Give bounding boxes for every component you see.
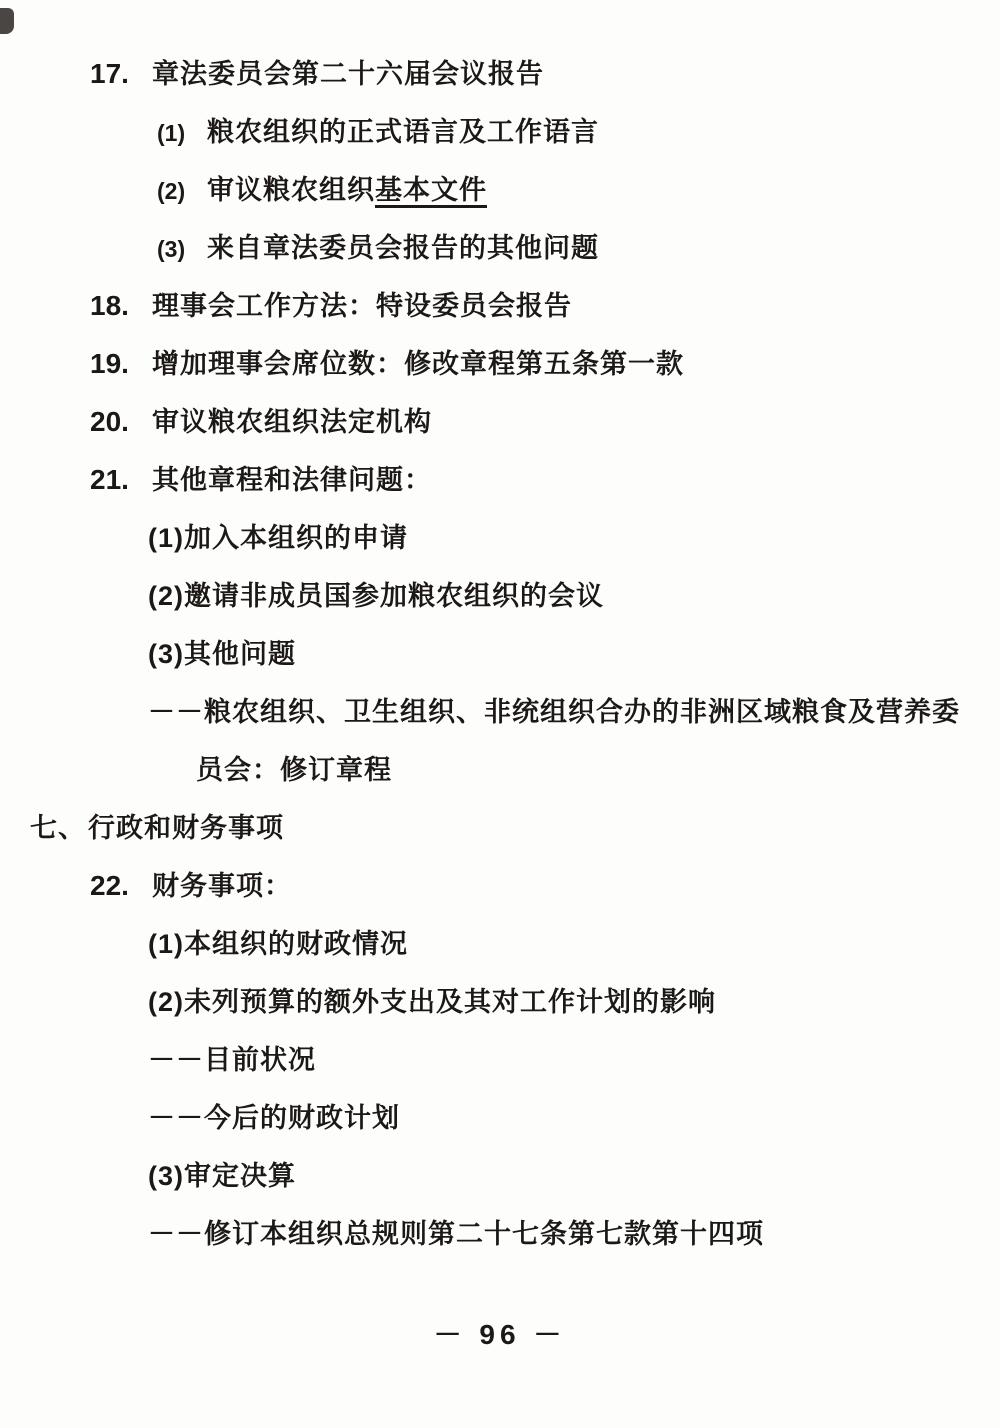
agenda-subitem-22-3: (3)审定决算 xyxy=(0,1147,1000,1205)
item-20-title: 审议粮农组织法定机构 xyxy=(152,407,432,437)
subitem-17-2-number: (2) xyxy=(157,162,207,220)
agenda-item-18: 18.理事会工作方法：特设委员会报告 xyxy=(0,277,1000,335)
agenda-subitem-21-1: (1)加入本组织的申请 xyxy=(0,509,1000,567)
agenda-item-20: 20.审议粮农组织法定机构 xyxy=(0,393,1000,451)
subitem-17-3-number: (3) xyxy=(157,220,207,278)
item-19-number: 19. xyxy=(90,335,152,393)
subitem-17-1-number: (1) xyxy=(157,104,207,162)
agenda-subitem-17-1: (1)粮农组织的正式语言及工作语言 xyxy=(0,103,1000,161)
agenda-item-17: 17.章法委员会第二十六届会议报告 xyxy=(0,45,1000,103)
subitem-17-1-text: 粮农组织的正式语言及工作语言 xyxy=(207,117,599,147)
agenda-item-21-dash-line-1: －－粮农组织、卫生组织、非统组织合办的非洲区域粮食及营养委 xyxy=(0,683,1000,741)
item-18-title: 理事会工作方法：特设委员会报告 xyxy=(152,291,572,321)
item-21-dash-text-line-2: 员会：修订章程 xyxy=(196,755,392,785)
subitem-22-1-text: (1)本组织的财政情况 xyxy=(148,929,408,959)
agenda-subitem-21-2: (2)邀请非成员国参加粮农组织的会议 xyxy=(0,567,1000,625)
item-22-dash-3-text: －－修订本组织总规则第二十七条第七款第十四项 xyxy=(148,1219,764,1249)
agenda-item-21: 21.其他章程和法律问题： xyxy=(0,451,1000,509)
subitem-21-3-text: (3)其他问题 xyxy=(148,639,296,669)
subitem-17-3-text: 来自章法委员会报告的其他问题 xyxy=(207,233,599,263)
agenda-subitem-21-3: (3)其他问题 xyxy=(0,625,1000,683)
item-21-title: 其他章程和法律问题： xyxy=(152,465,432,495)
item-22-number: 22. xyxy=(90,857,152,915)
item-21-dash-text-line-1: －－粮农组织、卫生组织、非统组织合办的非洲区域粮食及营养委 xyxy=(148,697,960,727)
section-7-title: 行政和财务事项 xyxy=(88,813,284,843)
item-21-number: 21. xyxy=(90,451,152,509)
agenda-subitem-22-2: (2)未列预算的额外支出及其对工作计划的影响 xyxy=(0,973,1000,1031)
agenda-item-19: 19.增加理事会席位数：修改章程第五条第一款 xyxy=(0,335,1000,393)
agenda-item-21-dash-line-2: 员会：修订章程 xyxy=(0,741,1000,799)
agenda-item-22-dash-2: －－今后的财政计划 xyxy=(0,1089,1000,1147)
subitem-17-2-text: 审议粮农组织 xyxy=(207,175,375,205)
subitem-22-3-text: (3)审定决算 xyxy=(148,1161,296,1191)
item-18-number: 18. xyxy=(90,277,152,335)
agenda-list: 17.章法委员会第二十六届会议报告 (1)粮农组织的正式语言及工作语言 (2)审… xyxy=(0,45,1000,1263)
section-7-heading: 七、行政和财务事项 xyxy=(0,799,1000,857)
item-19-title: 增加理事会席位数：修改章程第五条第一款 xyxy=(152,349,684,379)
item-17-title: 章法委员会第二十六届会议报告 xyxy=(152,59,544,89)
agenda-item-22-dash-1: －－目前状况 xyxy=(0,1031,1000,1089)
subitem-17-2-underlined-text: 基本文件 xyxy=(375,175,487,205)
agenda-subitem-22-1: (1)本组织的财政情况 xyxy=(0,915,1000,973)
agenda-subitem-17-3: (3)来自章法委员会报告的其他问题 xyxy=(0,219,1000,277)
subitem-21-2-text: (2)邀请非成员国参加粮农组织的会议 xyxy=(148,581,604,611)
agenda-subitem-17-2: (2)审议粮农组织基本文件 xyxy=(0,161,1000,219)
item-22-dash-2-text: －－今后的财政计划 xyxy=(148,1103,400,1133)
scan-edge-artifact xyxy=(0,8,14,34)
section-7-marker: 七、 xyxy=(30,799,88,857)
page-number: － 96 － xyxy=(0,1306,1000,1364)
item-17-number: 17. xyxy=(90,45,152,103)
subitem-22-2-text: (2)未列预算的额外支出及其对工作计划的影响 xyxy=(148,987,716,1017)
agenda-item-22-dash-3: －－修订本组织总规则第二十七条第七款第十四项 xyxy=(0,1205,1000,1263)
item-20-number: 20. xyxy=(90,393,152,451)
agenda-item-22: 22.财务事项： xyxy=(0,857,1000,915)
item-22-title: 财务事项： xyxy=(152,871,292,901)
scanned-document-page: 17.章法委员会第二十六届会议报告 (1)粮农组织的正式语言及工作语言 (2)审… xyxy=(0,0,1000,1428)
subitem-21-1-text: (1)加入本组织的申请 xyxy=(148,523,408,553)
item-22-dash-1-text: －－目前状况 xyxy=(148,1045,316,1075)
